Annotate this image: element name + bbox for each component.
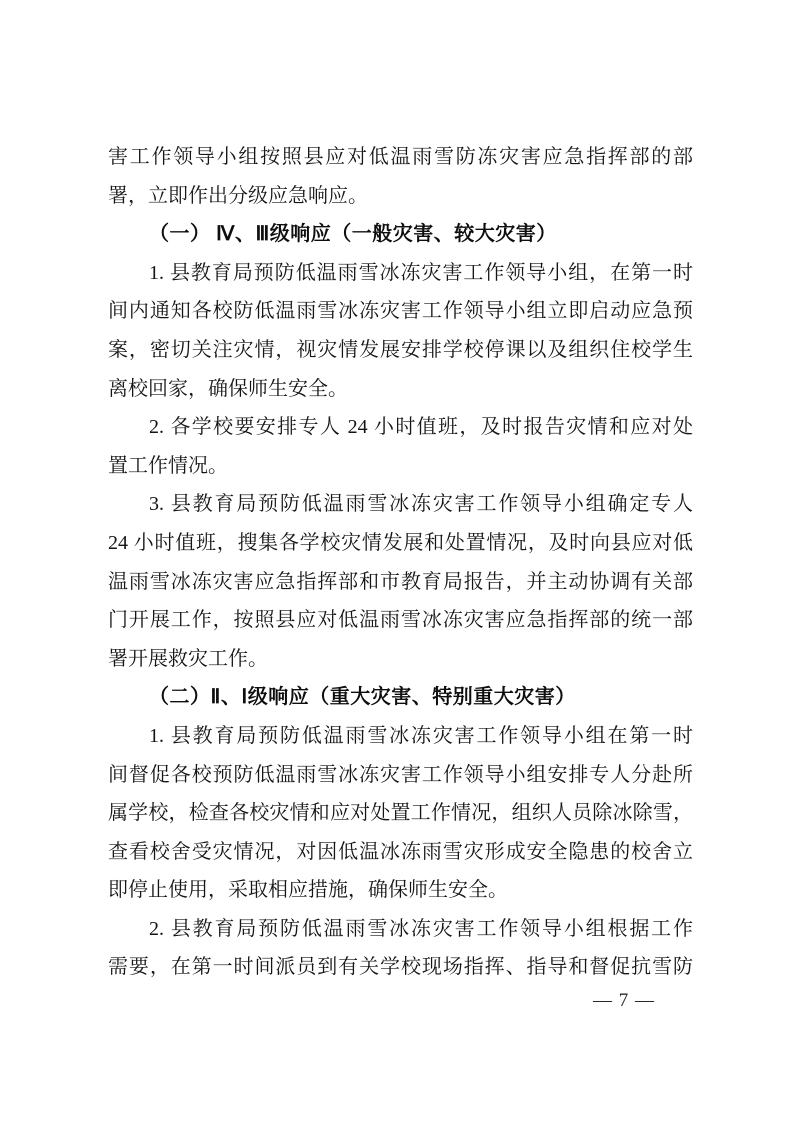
text-line: 查看校舍受灾情况，对因低温冰冻雨雪灾形成安全隐患的校舍立 xyxy=(108,833,693,872)
text-line: 署开展救灾工作。 xyxy=(108,640,693,679)
text-line: 门开展工作，按照县应对低温雨雪冰冻灾害应急指挥部的统一部 xyxy=(108,601,693,640)
text-line: 离校回家，确保师生安全。 xyxy=(108,370,693,409)
document-body: 害工作领导小组按照县应对低温雨雪防冻灾害应急指挥部的部署，立即作出分级应急响应。… xyxy=(108,138,693,987)
section-heading: （二）Ⅱ、Ⅰ级响应（重大灾害、特别重大灾害） xyxy=(108,678,693,717)
text-line: 即停止使用，采取相应措施，确保师生安全。 xyxy=(108,871,693,910)
text-line: 害工作领导小组按照县应对低温雨雪防冻灾害应急指挥部的部 xyxy=(108,138,693,177)
text-line: 3. 县教育局预防低温雨雪冰冻灾害工作领导小组确定专人 xyxy=(108,485,693,524)
document-page: 害工作领导小组按照县应对低温雨雪防冻灾害应急指挥部的部署，立即作出分级应急响应。… xyxy=(0,0,793,1122)
text-line: 1. 县教育局预防低温雨雪冰冻灾害工作领导小组在第一时 xyxy=(108,717,693,756)
text-line: 置工作情况。 xyxy=(108,447,693,486)
text-line: 间督促各校预防低温雨雪冰冻灾害工作领导小组安排专人分赴所 xyxy=(108,756,693,795)
text-line: 案，密切关注灾情，视灾情发展安排学校停课以及组织住校学生 xyxy=(108,331,693,370)
text-line: 属学校，检查各校灾情和应对处置工作情况，组织人员除冰除雪， xyxy=(108,794,693,833)
page-number: — 7 — xyxy=(593,988,655,1014)
section-heading: （一） Ⅳ、Ⅲ级响应（一般灾害、较大灾害） xyxy=(108,215,693,254)
text-line: 2. 县教育局预防低温雨雪冰冻灾害工作领导小组根据工作 xyxy=(108,910,693,949)
text-line: 24 小时值班，搜集各学校灾情发展和处置情况，及时向县应对低 xyxy=(108,524,693,563)
text-line: 署，立即作出分级应急响应。 xyxy=(108,177,693,216)
text-line: 需要，在第一时间派员到有关学校现场指挥、指导和督促抗雪防 xyxy=(108,948,693,987)
text-line: 1. 县教育局预防低温雨雪冰冻灾害工作领导小组，在第一时 xyxy=(108,254,693,293)
text-line: 温雨雪冰冻灾害应急指挥部和市教育局报告，并主动协调有关部 xyxy=(108,563,693,602)
text-line: 2. 各学校要安排专人 24 小时值班，及时报告灾情和应对处 xyxy=(108,408,693,447)
text-line: 间内通知各校防低温雨雪冰冻灾害工作领导小组立即启动应急预 xyxy=(108,292,693,331)
